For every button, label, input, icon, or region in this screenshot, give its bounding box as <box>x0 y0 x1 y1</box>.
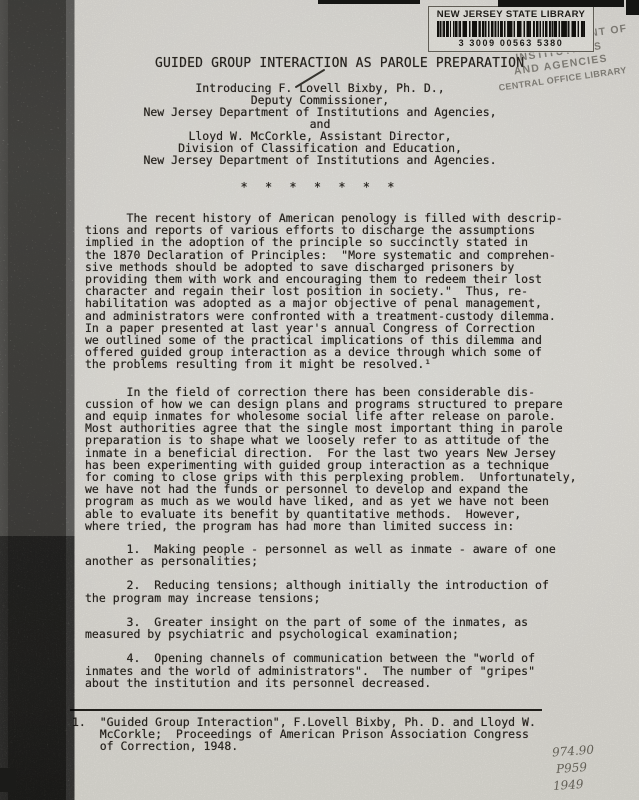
paragraph-1: The recent history of American penology … <box>85 212 575 371</box>
top-scan-bar-right <box>498 0 624 7</box>
footnote-text: 1. "Guided Group Interaction", F.Lovell … <box>72 716 536 753</box>
body-column: The recent history of American penology … <box>85 212 575 689</box>
asterisk-separator: * * * * * * * <box>85 180 555 194</box>
footnote: 1. "Guided Group Interaction", F.Lovell … <box>72 716 536 753</box>
footnote-rule <box>70 709 542 711</box>
scanned-document-page: DEPARTMENT OF INSTITUTIONS AND AGENCIES … <box>0 0 639 800</box>
catalog-number-line-1: 974.90 <box>552 743 595 760</box>
barcode-icon <box>437 21 585 37</box>
pen-slash-mark <box>292 67 328 91</box>
list-item-4: 4. Opening channels of communication bet… <box>85 652 575 689</box>
paragraph-2: In the field of correction there has bee… <box>85 386 575 532</box>
library-barcode-label: NEW JERSEY STATE LIBRARY 3 3009 00563 53… <box>428 6 594 52</box>
top-right-corner-mark <box>626 0 639 15</box>
list-item-3: 3. Greater insight on the part of some o… <box>85 616 575 640</box>
list-item-1: 1. Making people - personnel as well as … <box>85 543 575 567</box>
top-scan-bar-left <box>318 0 420 4</box>
catalog-number-line-3: 1949 <box>553 777 584 793</box>
doc-title: GUIDED GROUP INTERACTION AS PAROLE PREPA… <box>155 56 524 71</box>
list-item-2: 2. Reducing tensions; although initially… <box>85 579 575 603</box>
barcode-number: 3 3009 00563 5380 <box>459 38 564 48</box>
left-scan-band <box>8 0 66 800</box>
byline-block: Introducing F. Lovell Bixby, Ph. D., Dep… <box>85 82 555 166</box>
catalog-number-line-2: P959 <box>556 760 588 776</box>
library-name: NEW JERSEY STATE LIBRARY <box>437 9 586 20</box>
bottom-left-corner-mark <box>0 768 16 792</box>
